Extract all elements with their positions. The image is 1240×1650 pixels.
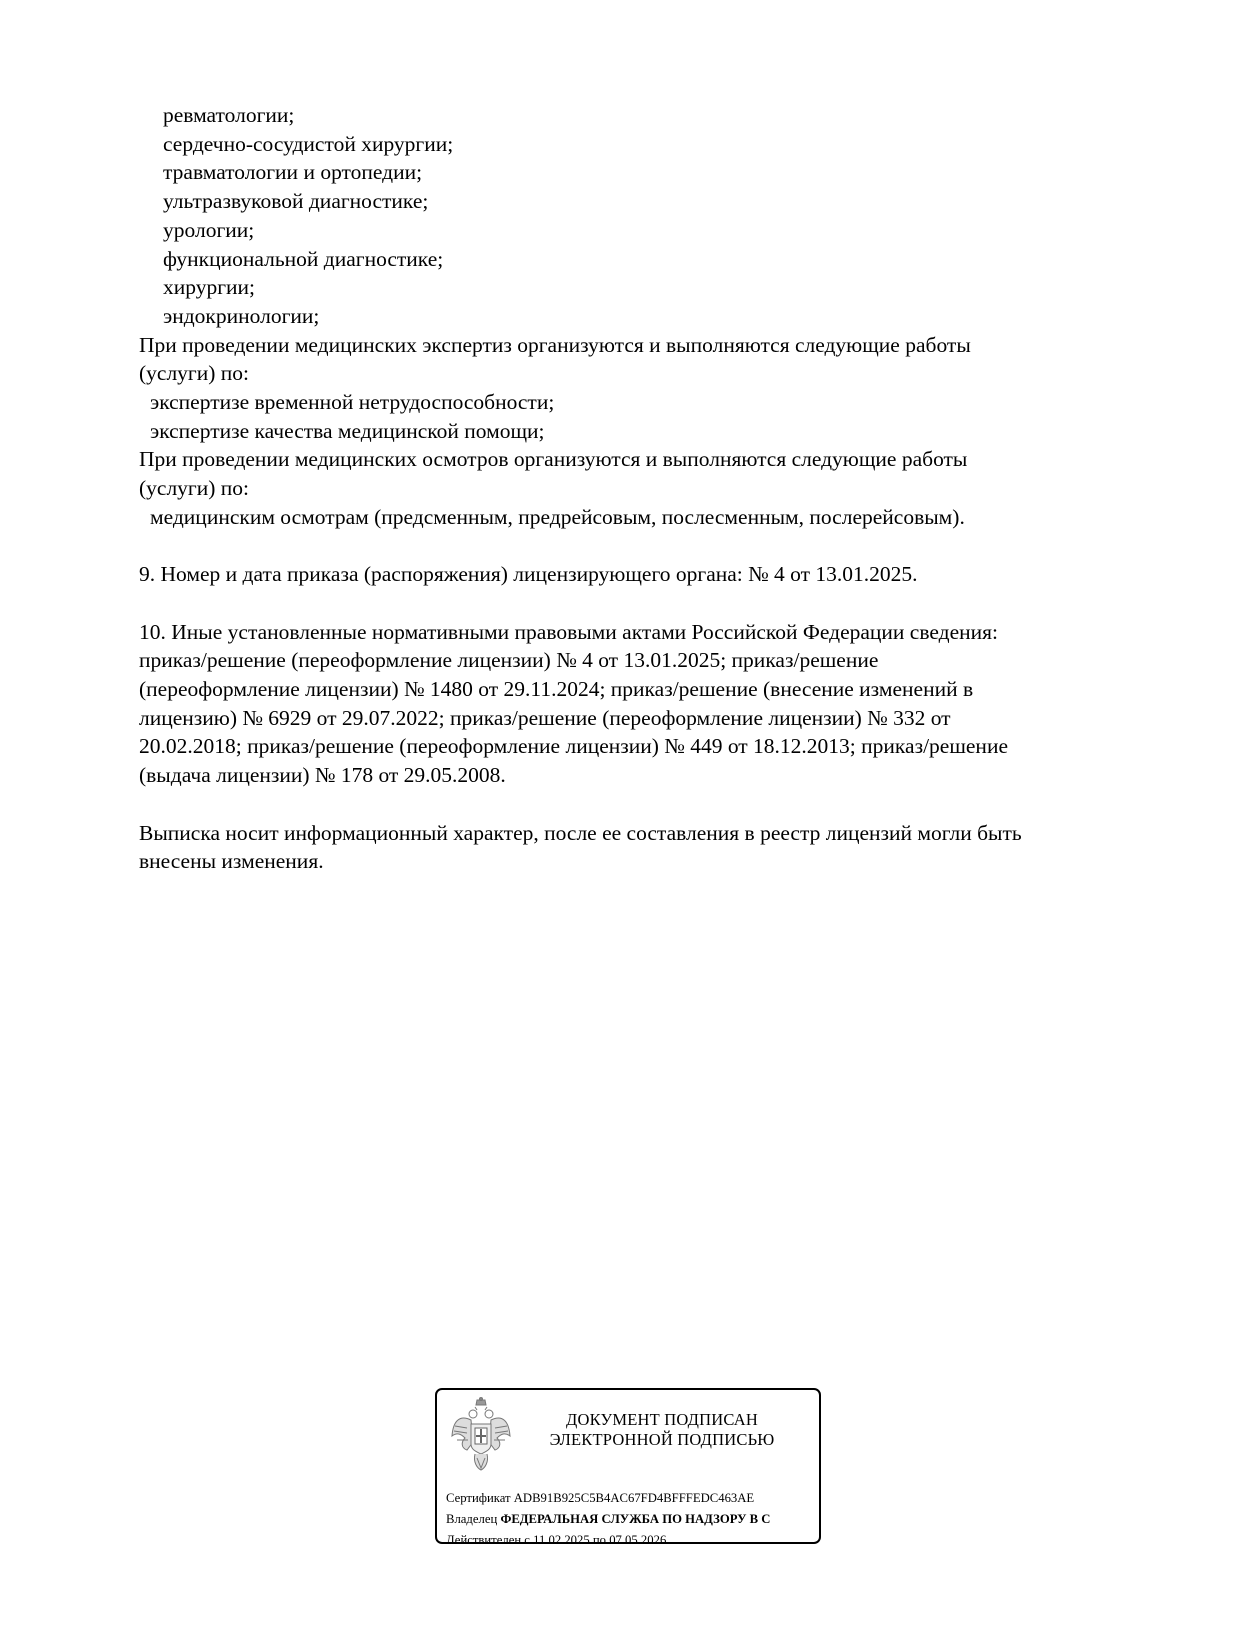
list-item: функциональной диагностике; [139,245,1139,274]
list-item: ультразвуковой диагностике; [139,187,1139,216]
paragraph-line: приказ/решение (переоформление лицензии)… [139,646,1139,675]
spacer [139,790,1139,819]
paragraph-line: (переоформление лицензии) № 1480 от 29.1… [139,675,1139,704]
stamp-title-line: ЭЛЕКТРОННОЙ ПОДПИСЬЮ [517,1430,807,1450]
list-item: сердечно-сосудистой хирургии; [139,130,1139,159]
owner-value: ФЕДЕРАЛЬНАЯ СЛУЖБА ПО НАДЗОРУ В С [500,1512,770,1526]
certificate-row: Сертификат ADB91B925C5B4AC67FD4BFFFEDC46… [446,1488,821,1509]
section-10-other-info: 10. Иные установленные нормативными прав… [139,618,1139,790]
paragraph-line: лицензию) № 6929 от 29.07.2022; приказ/р… [139,704,1139,733]
paragraph-line: 10. Иные установленные нормативными прав… [139,618,1139,647]
certificate-value: ADB91B925C5B4AC67FD4BFFFEDC463AE [514,1491,754,1505]
list-item: экспертизе качества медицинской помощи; [139,417,1139,446]
certificate-label: Сертификат [446,1491,511,1505]
stamp-title-line: ДОКУМЕНТ ПОДПИСАН [517,1410,807,1430]
validity-row: Действителен с 11.02.2025 по 07.05.2026 [446,1530,821,1544]
document-page: ревматологии; сердечно-сосудистой хирург… [0,0,1240,1650]
paragraph-line: (услуги) по: [139,359,1139,388]
russian-coat-of-arms-icon [449,1396,513,1474]
spacer [139,532,1139,561]
spacer [139,589,1139,618]
medical-exams-paragraph: При проведении медицинских осмотров орга… [139,445,1139,531]
list-item: медицинским осмотрам (предсменным, предр… [139,503,1139,532]
paragraph-line: При проведении медицинских экспертиз орг… [139,331,1139,360]
paragraph-line: При проведении медицинских осмотров орга… [139,445,1139,474]
list-item: эндокринологии; [139,302,1139,331]
disclaimer: Выписка носит информационный характер, п… [139,819,1139,876]
electronic-signature-stamp: ДОКУМЕНТ ПОДПИСАН ЭЛЕКТРОННОЙ ПОДПИСЬЮ С… [435,1388,821,1544]
list-item: урологии; [139,216,1139,245]
list-item: хирургии; [139,273,1139,302]
section-9-order-number: 9. Номер и дата приказа (распоряжения) л… [139,560,1139,589]
list-item: экспертизе временной нетрудоспособности; [139,388,1139,417]
stamp-title: ДОКУМЕНТ ПОДПИСАН ЭЛЕКТРОННОЙ ПОДПИСЬЮ [517,1410,807,1450]
paragraph-line: внесены изменения. [139,847,1139,876]
paragraph-line: (выдача лицензии) № 178 от 29.05.2008. [139,761,1139,790]
specialties-list: ревматологии; сердечно-сосудистой хирург… [139,101,1139,331]
expertise-paragraph: При проведении медицинских экспертиз орг… [139,331,1139,446]
list-item: травматологии и ортопедии; [139,158,1139,187]
stamp-details: Сертификат ADB91B925C5B4AC67FD4BFFFEDC46… [446,1488,821,1544]
owner-row: Владелец ФЕДЕРАЛЬНАЯ СЛУЖБА ПО НАДЗОРУ В… [446,1509,821,1530]
paragraph-line: Выписка носит информационный характер, п… [139,819,1139,848]
paragraph-line: 20.02.2018; приказ/решение (переоформлен… [139,732,1139,761]
list-item: ревматологии; [139,101,1139,130]
paragraph-line: (услуги) по: [139,474,1139,503]
owner-label: Владелец [446,1512,497,1526]
document-body: ревматологии; сердечно-сосудистой хирург… [139,101,1139,876]
